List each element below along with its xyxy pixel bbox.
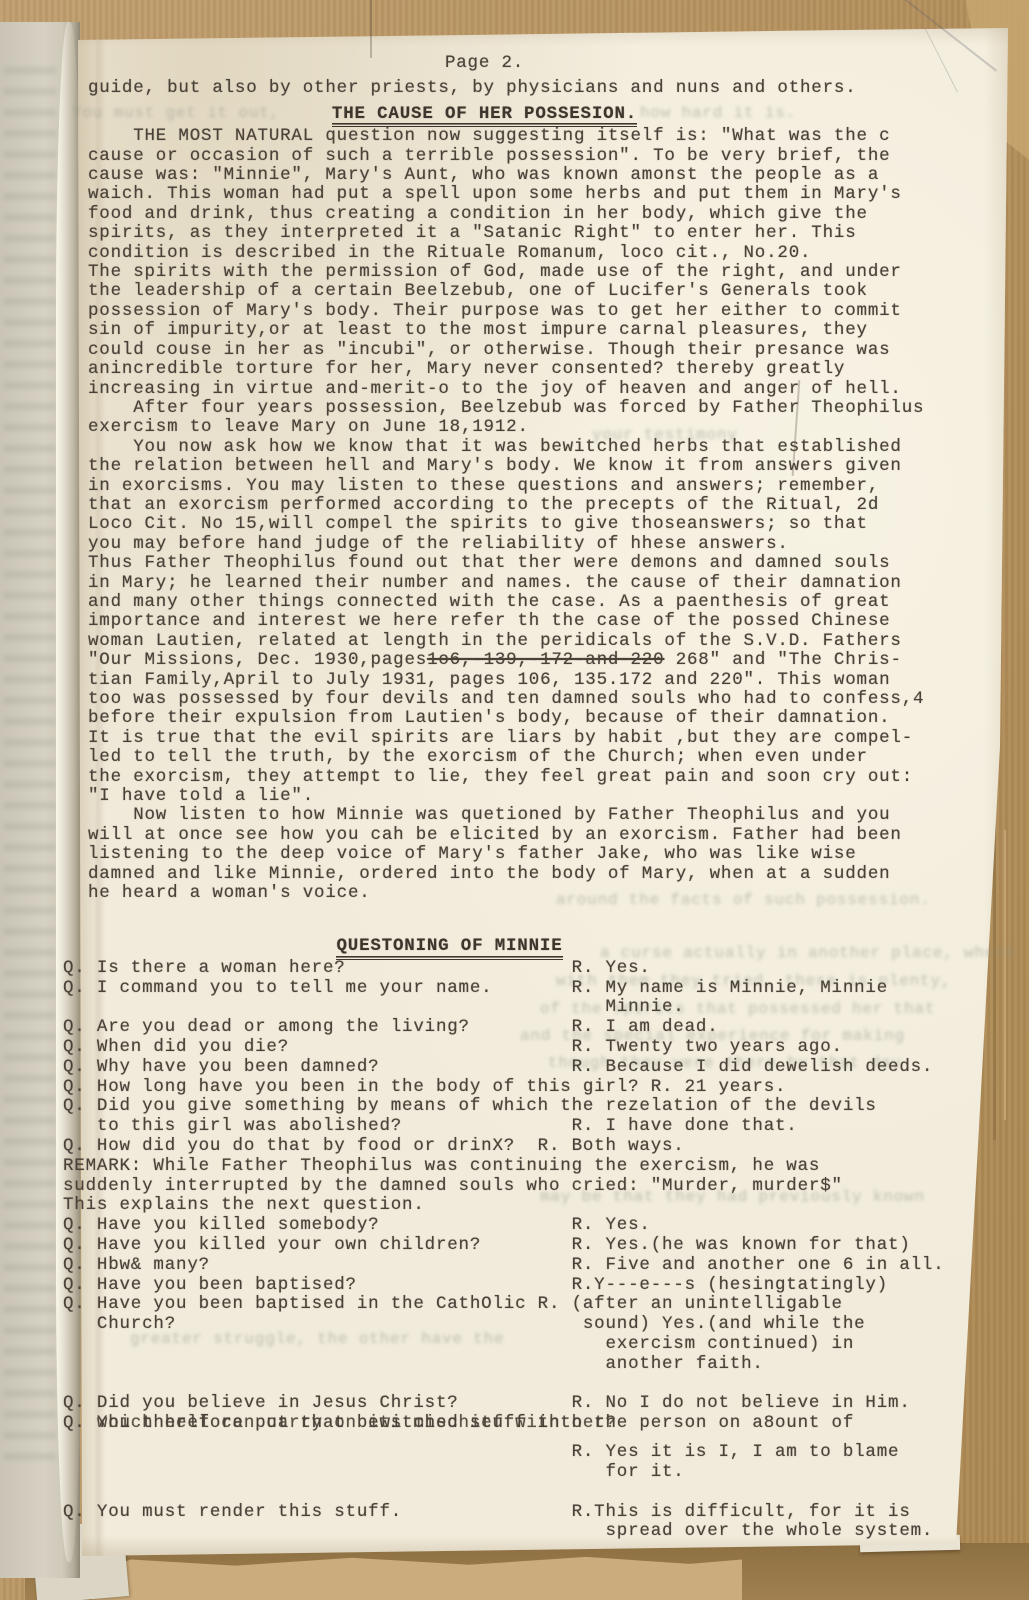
strike-line-before: "Our Missions, Dec. 1930,pages: [88, 650, 427, 670]
overtyped-lines: Q. You therefore put that bewitched stuf…: [63, 1414, 1029, 1441]
body-line: guide, but also by other priests, by phy…: [88, 79, 1029, 98]
qa-list-1: Q. Is there a woman here? R. Yes. Q. I c…: [63, 959, 1029, 1414]
section-heading-questioning: QUESTONING OF MINNIE: [0, 937, 1029, 956]
section-heading-cause: THE CAUSE OF HER POSSESION.: [0, 105, 1029, 124]
body-paragraphs-2: tian Family,April to July 1931, pages 10…: [88, 671, 1029, 904]
page-number: Page 2.: [0, 54, 1029, 73]
strike-line-after: 268" and "The Chris-: [664, 650, 901, 670]
overtyped-line-2: which hell can carry on its mischief wit…: [63, 1414, 617, 1433]
typewritten-text: Page 2. guide, but also by other priests…: [0, 46, 1029, 1542]
underlined-heading-text: THE CAUSE OF HER POSSESION.: [332, 104, 637, 128]
body-line-with-strikethrough: "Our Missions, Dec. 1930,pages1o6,-139,-…: [88, 651, 1029, 670]
body-paragraphs-1: THE MOST NATURAL question now suggesting…: [88, 127, 1029, 651]
struck-text: 1o6,-139,-172-and-220: [427, 650, 664, 670]
scanned-document-photo: { "doc": { "page_label": "Page 2.", "int…: [0, 0, 1029, 1600]
underlined-heading-text: QUESTONING OF MINNIE: [336, 936, 562, 960]
qa-list-2: R. Yes it is I, I am to blame for it. Q.…: [63, 1443, 1029, 1542]
